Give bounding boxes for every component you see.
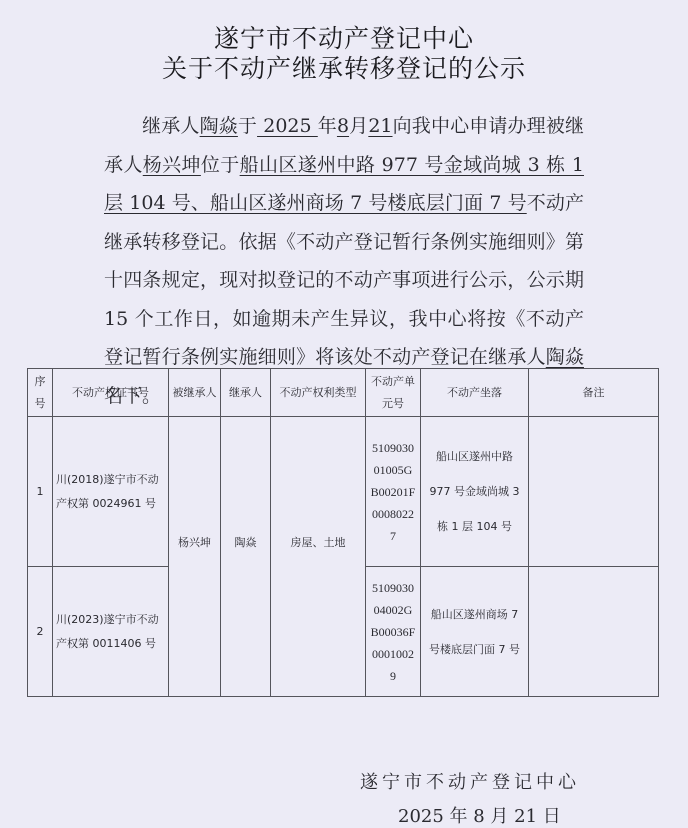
header-unit-no: 不动产单元号 [366,369,421,417]
table-row: 1 川(2018)遂宁市不动产权第 0024961 号 杨兴坤 陶焱 房屋、土地… [28,417,659,567]
application-year: 2025 [257,115,318,137]
cell-cert: 川(2023)遂宁市不动产权第 0011406 号 [53,567,169,697]
cell-cert: 川(2018)遂宁市不动产权第 0024961 号 [53,417,169,567]
cell-seq: 2 [28,567,53,697]
cell-remarks [529,417,659,567]
application-day: 21 [368,115,392,137]
header-cert: 不动产权证书号 [53,369,169,417]
table-header-row: 序号 不动产权证书号 被继承人 继承人 不动产权利类型 不动产单元号 不动产坐落… [28,369,659,417]
cell-decedent: 杨兴坤 [169,417,221,697]
header-right-type: 不动产权利类型 [271,369,366,417]
property-table: 序号 不动产权证书号 被继承人 继承人 不动产权利类型 不动产单元号 不动产坐落… [27,368,659,697]
heir-name: 陶焱 [200,115,238,137]
cell-location: 船山区遂州商场 7 号楼底层门面 7 号 [421,567,529,697]
document-title-line1: 遂宁市不动产登记中心 [0,24,688,54]
cell-seq: 1 [28,417,53,567]
document-title-line2: 关于不动产继承转移登记的公示 [0,54,688,84]
cell-heir: 陶焱 [221,417,271,697]
heir-name-2: 陶焱 [546,346,584,368]
header-decedent: 被继承人 [169,369,221,417]
cell-right-type: 房屋、土地 [271,417,366,697]
header-seq: 序号 [28,369,53,417]
header-remarks: 备注 [529,369,659,417]
header-location: 不动产坐落 [421,369,529,417]
cell-unit-no: 5109030 04002G B00036F 0001002 9 [366,567,421,697]
cell-unit-no: 5109030 01005G B00201F 0008022 7 [366,417,421,567]
decedent-name: 杨兴坤 [143,154,201,176]
header-heir: 继承人 [221,369,271,417]
cell-remarks [529,567,659,697]
issue-date: 2025 年 8 月 21 日 [398,802,561,828]
application-month: 8 [337,115,349,137]
issuing-organization: 遂宁市不动产登记中心 [360,768,580,794]
cell-location: 船山区遂州中路 977 号金域尚城 3 栋 1 层 104 号 [421,417,529,567]
